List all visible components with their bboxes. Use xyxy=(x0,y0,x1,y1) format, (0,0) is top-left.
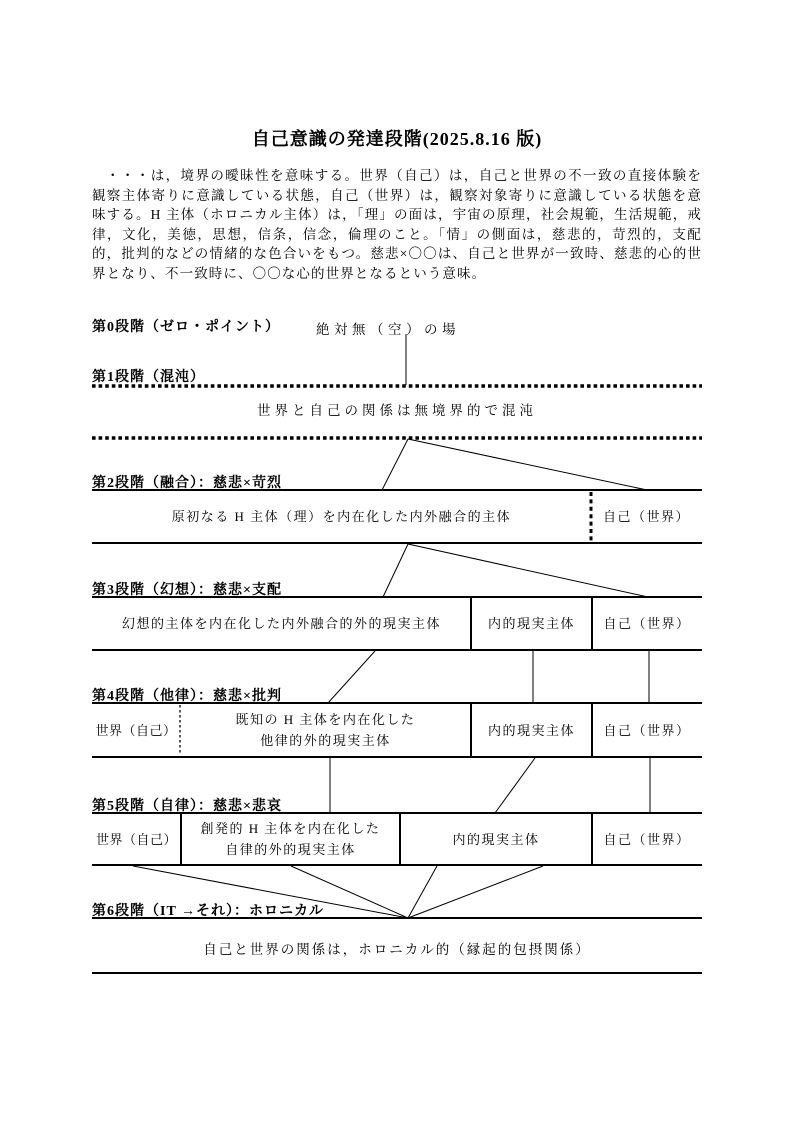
stage-2-heading: 第2段階（融合）：慈悲×苛烈 xyxy=(92,472,282,492)
stage-4-heading: 第4段階（他律）：慈悲×批判 xyxy=(92,685,282,705)
stage-2-cell-self-world: 自己（世界） xyxy=(591,490,702,543)
stage-6-heading: 第6段階（IT →それ）：ホロニカル xyxy=(92,900,324,920)
stage-5-cell-inner-reality-subject: 内的現実主体 xyxy=(400,813,592,865)
stage-0-heading: 第0段階（ゼロ・ポイント） xyxy=(92,316,280,336)
stage-4-cell-world-self: 世界（自己） xyxy=(92,703,180,757)
stage-3-cell-self-world: 自己（世界） xyxy=(592,597,702,650)
stage-3-cell-illusory-subject: 幻想的主体を内在化した内外融合的外的現実主体 xyxy=(92,597,471,650)
intro-paragraph: ・・・は，境界の曖昧性を意味する。世界（自己）は，自己と世界の不一致の直接体験を… xyxy=(92,166,702,284)
stage-5-cell-self-world: 自己（世界） xyxy=(592,813,702,865)
stage-5-cell-autonomous-subject: 創発的 H 主体を内在化した 自律的外的現実主体 xyxy=(181,813,400,865)
stage-1-note: 世界と自己の関係は無境界的で混沌 xyxy=(0,399,794,419)
stage-5-heading: 第5段階（自律）：慈悲×悲哀 xyxy=(92,795,282,815)
stage-1-heading: 第1段階（混沌） xyxy=(92,366,205,386)
stage-3-heading: 第3段階（幻想）：慈悲×支配 xyxy=(92,579,282,599)
stage-2-cell-fused-subject: 原初なる H 主体（理）を内在化した内外融合的主体 xyxy=(92,490,591,543)
stage-6-note: 自己と世界の関係は，ホロニカル的（縁起的包摂関係） xyxy=(0,938,794,958)
stage-4-cell-inner-reality-subject: 内的現実主体 xyxy=(471,703,592,757)
stage-4-cell-self-world: 自己（世界） xyxy=(592,703,702,757)
document-page: 自己意識の発達段階(2025.8.16 版) ・・・は，境界の曖昧性を意味する。… xyxy=(0,0,794,1123)
page-title: 自己意識の発達段階(2025.8.16 版) xyxy=(0,125,794,151)
stage-4-cell-heteronomous-subject: 既知の H 主体を内在化した 他律的外的現実主体 xyxy=(180,703,471,757)
stage-3-cell-inner-reality-subject: 内的現実主体 xyxy=(471,597,592,650)
stage-0-note: 絶対無（空）の場 xyxy=(316,318,460,338)
stage-5-cell-world-self: 世界（自己） xyxy=(92,813,181,865)
